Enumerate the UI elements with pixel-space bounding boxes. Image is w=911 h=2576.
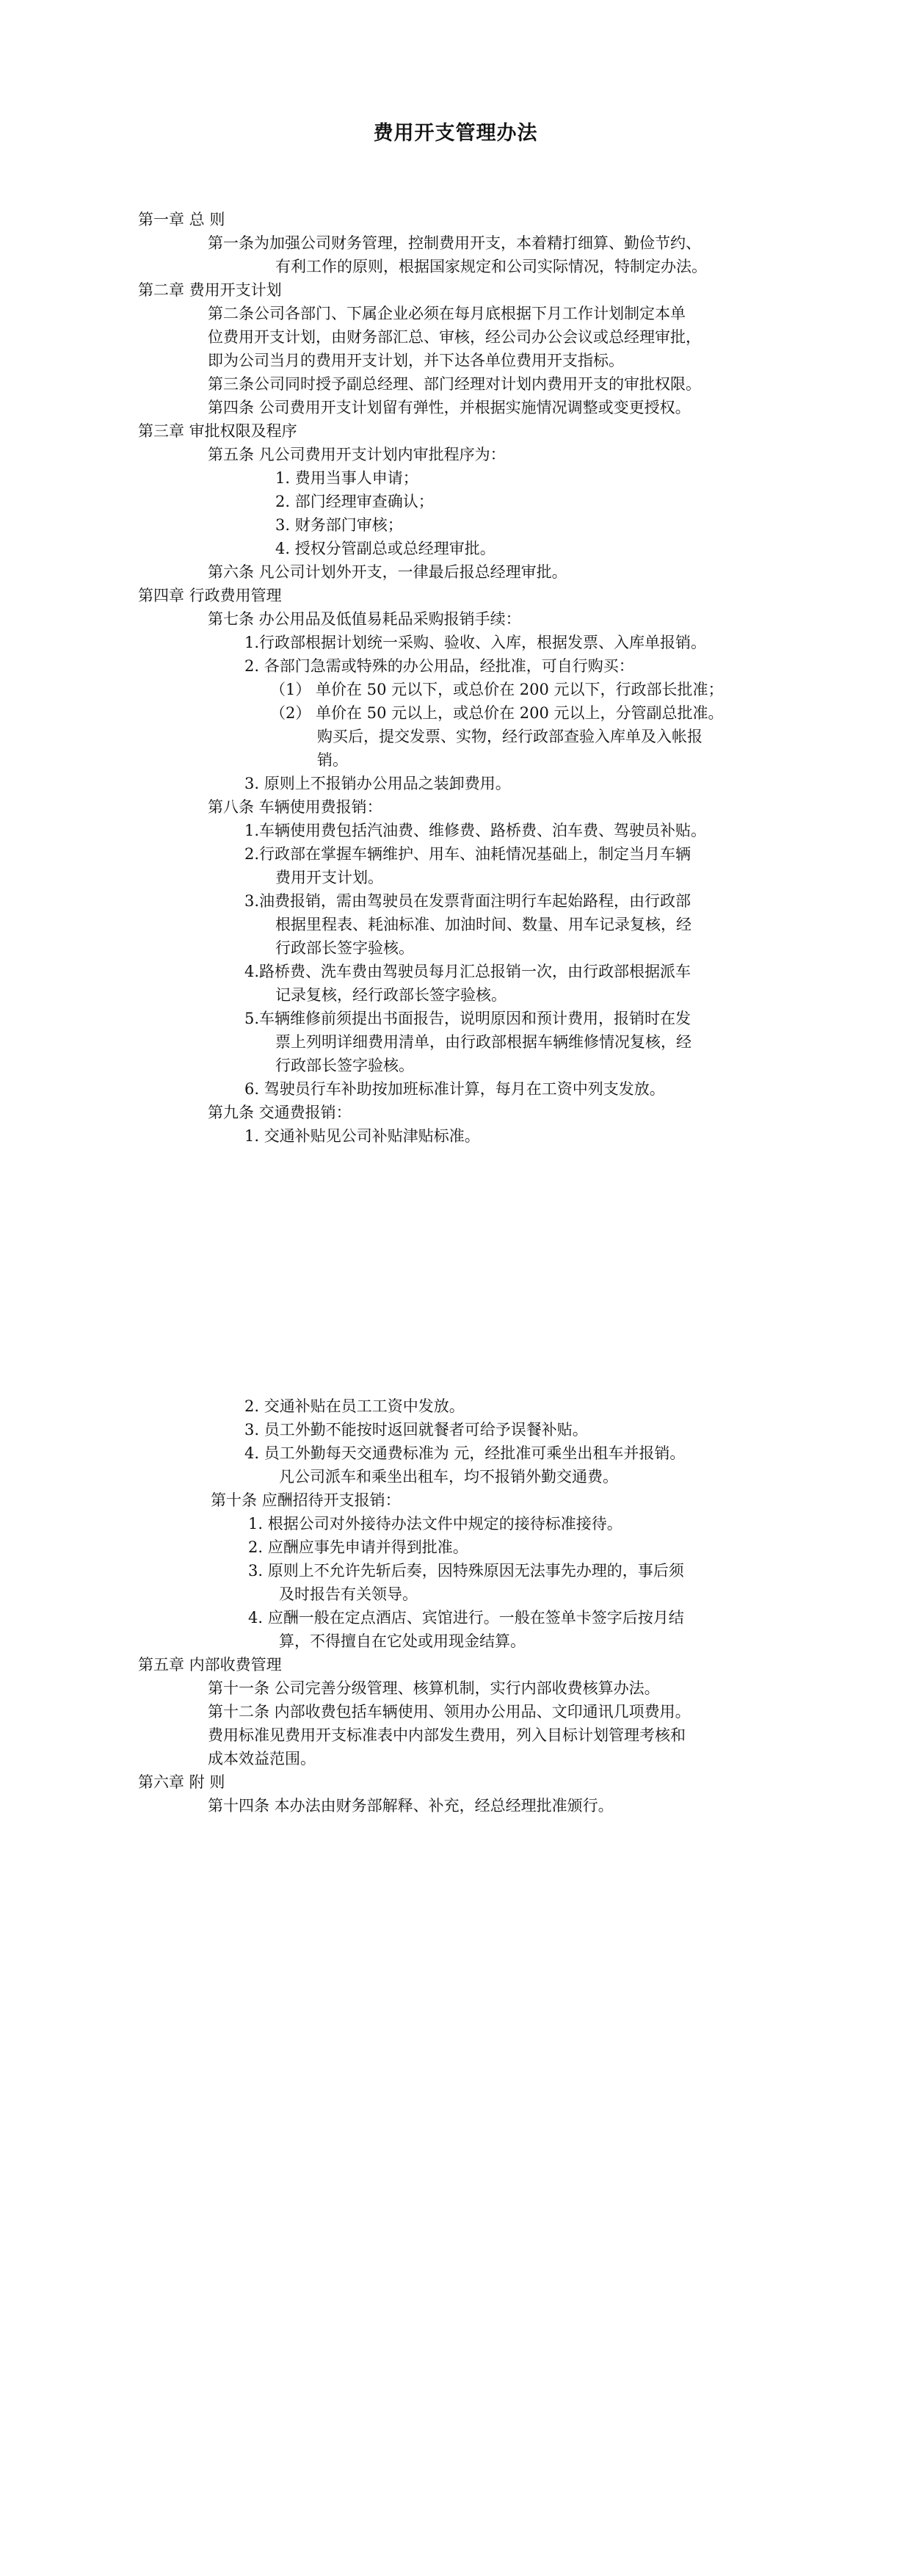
article-text: 第四条 公司费用开支计划留有弹性，并根据实施情况调整或变更授权。 bbox=[208, 396, 691, 419]
continuation-text: 有利工作的原则，根据国家规定和公司实际情况，特制定办法。 bbox=[275, 255, 707, 278]
list-item: 2. 各部门急需或特殊的办公用品，经批准，可自行购买： bbox=[244, 654, 634, 678]
chapter-heading: 第五章 内部收费管理 bbox=[138, 1653, 282, 1676]
article-text: 第七条 办公用品及低值易耗品采购报销手续： bbox=[208, 607, 521, 631]
continuation-text: 记录复核，经行政部长签字验核。 bbox=[275, 983, 507, 1007]
article-text: 第一条为加强公司财务管理，控制费用开支，本着精打细算、勤俭节约、 bbox=[208, 231, 701, 255]
article-text: 第五条 凡公司费用开支计划内审批程序为： bbox=[208, 443, 506, 466]
article-text: 第十一条 公司完善分级管理、核算机制，实行内部收费核算办法。 bbox=[208, 1676, 660, 1700]
list-item: 4.路桥费、洗车费由驾驶员每月汇总报销一次，由行政部根据派车 bbox=[244, 960, 691, 983]
continuation-text: 位费用开支计划，由财务部汇总、审核，经公司办公会议或总经理审批， bbox=[208, 325, 701, 349]
chapter-heading: 第六章 附 则 bbox=[138, 1770, 225, 1794]
continuation-text: 购买后，提交发票、实物，经行政部查验入库单及入帐报 bbox=[317, 725, 703, 748]
list-item: 1.行政部根据计划统一采购、验收、入库，根据发票、入库单报销。 bbox=[244, 631, 706, 654]
chapter-heading: 第四章 行政费用管理 bbox=[138, 584, 282, 607]
list-item: 2.行政部在掌握车辆维护、用车、油耗情况基础上，制定当月车辆 bbox=[244, 842, 691, 866]
chapter-heading: 第二章 费用开支计划 bbox=[138, 278, 282, 302]
list-item: 3. 原则上不报销办公用品之装卸费用。 bbox=[244, 772, 511, 795]
continuation-text: 算，不得擅自在它处或用现金结算。 bbox=[279, 1629, 526, 1653]
list-item: 1.车辆使用费包括汽油费、维修费、路桥费、泊车费、驾驶员补贴。 bbox=[244, 819, 706, 842]
list-item: 1. 费用当事人申请； bbox=[275, 466, 418, 490]
continuation-text: 票上列明详细费用清单，由行政部根据车辆维修情况复核，经 bbox=[275, 1030, 692, 1054]
article-text: 第九条 交通费报销： bbox=[208, 1101, 352, 1124]
chapter-heading: 第三章 审批权限及程序 bbox=[138, 419, 297, 443]
article-text: 第十二条 内部收费包括车辆使用、领用办公用品、文印通讯几项费用。 bbox=[208, 1700, 691, 1723]
continuation-text: 行政部长签字验核。 bbox=[275, 936, 414, 960]
continuation-text: 销。 bbox=[317, 748, 348, 772]
continuation-text: 及时报告有关领导。 bbox=[279, 1582, 418, 1606]
list-item: 5.车辆维修前须提出书面报告，说明原因和预计费用，报销时在发 bbox=[244, 1007, 691, 1030]
list-item: 3.油费报销，需由驾驶员在发票背面注明行车起始路程，由行政部 bbox=[244, 889, 691, 913]
continuation-text: 凡公司派车和乘坐出租车，均不报销外勤交通费。 bbox=[279, 1465, 618, 1488]
article-text: 第六条 凡公司计划外开支，一律最后报总经理审批。 bbox=[208, 560, 567, 584]
article-text: 第八条 车辆使用费报销： bbox=[208, 795, 382, 819]
sub-list-item: （2） 单价在 50 元以上，或总价在 200 元以上，分管副总批准。 bbox=[270, 701, 724, 725]
list-item: 3. 财务部门审核； bbox=[275, 513, 403, 537]
list-item: 4. 员工外勤每天交通费标准为 元，经批准可乘坐出租车并报销。 bbox=[244, 1441, 685, 1465]
sub-list-item: （1） 单价在 50 元以下，或总价在 200 元以下，行政部长批准； bbox=[270, 678, 724, 701]
article-text: 第三条公司同时授予副总经理、部门经理对计划内费用开支的审批权限。 bbox=[208, 372, 701, 396]
list-item: 2. 部门经理审查确认； bbox=[275, 490, 434, 513]
list-item: 2. 交通补贴在员工工资中发放。 bbox=[244, 1394, 465, 1418]
list-item: 4. 授权分管副总或总经理审批。 bbox=[275, 537, 496, 560]
list-item: 6. 驾驶员行车补助按加班标准计算，每月在工资中列支发放。 bbox=[244, 1077, 665, 1101]
list-item: 4. 应酬一般在定点酒店、宾馆进行。一般在签单卡签字后按月结 bbox=[248, 1606, 684, 1629]
article-text: 第十条 应酬招待开支报销： bbox=[211, 1488, 401, 1512]
list-item: 1. 交通补贴见公司补贴津贴标准。 bbox=[244, 1124, 480, 1148]
list-item: 3. 原则上不允许先斩后奏，因特殊原因无法事先办理的，事后须 bbox=[248, 1559, 684, 1582]
list-item: 2. 应酬应事先申请并得到批准。 bbox=[248, 1535, 468, 1559]
continuation-text: 成本效益范围。 bbox=[208, 1747, 316, 1770]
continuation-text: 即为公司当月的费用开支计划，并下达各单位费用开支指标。 bbox=[208, 349, 624, 372]
continuation-text: 费用标准见费用开支标准表中内部发生费用，列入目标计划管理考核和 bbox=[208, 1723, 686, 1747]
continuation-text: 根据里程表、耗油标准、加油时间、数量、用车记录复核，经 bbox=[275, 913, 692, 936]
page-title: 费用开支管理办法 bbox=[0, 119, 911, 148]
article-text: 第十四条 本办法由财务部解释、补充，经总经理批准颁行。 bbox=[208, 1794, 614, 1817]
continuation-text: 费用开支计划。 bbox=[275, 866, 383, 889]
list-item: 1. 根据公司对外接待办法文件中规定的接待标准接待。 bbox=[248, 1512, 623, 1535]
chapter-heading: 第一章 总 则 bbox=[138, 208, 225, 231]
list-item: 3. 员工外勤不能按时返回就餐者可给予误餐补贴。 bbox=[244, 1418, 588, 1441]
continuation-text: 行政部长签字验核。 bbox=[275, 1054, 414, 1077]
article-text: 第二条公司各部门、下属企业必须在每月底根据下月工作计划制定本单 bbox=[208, 302, 686, 325]
